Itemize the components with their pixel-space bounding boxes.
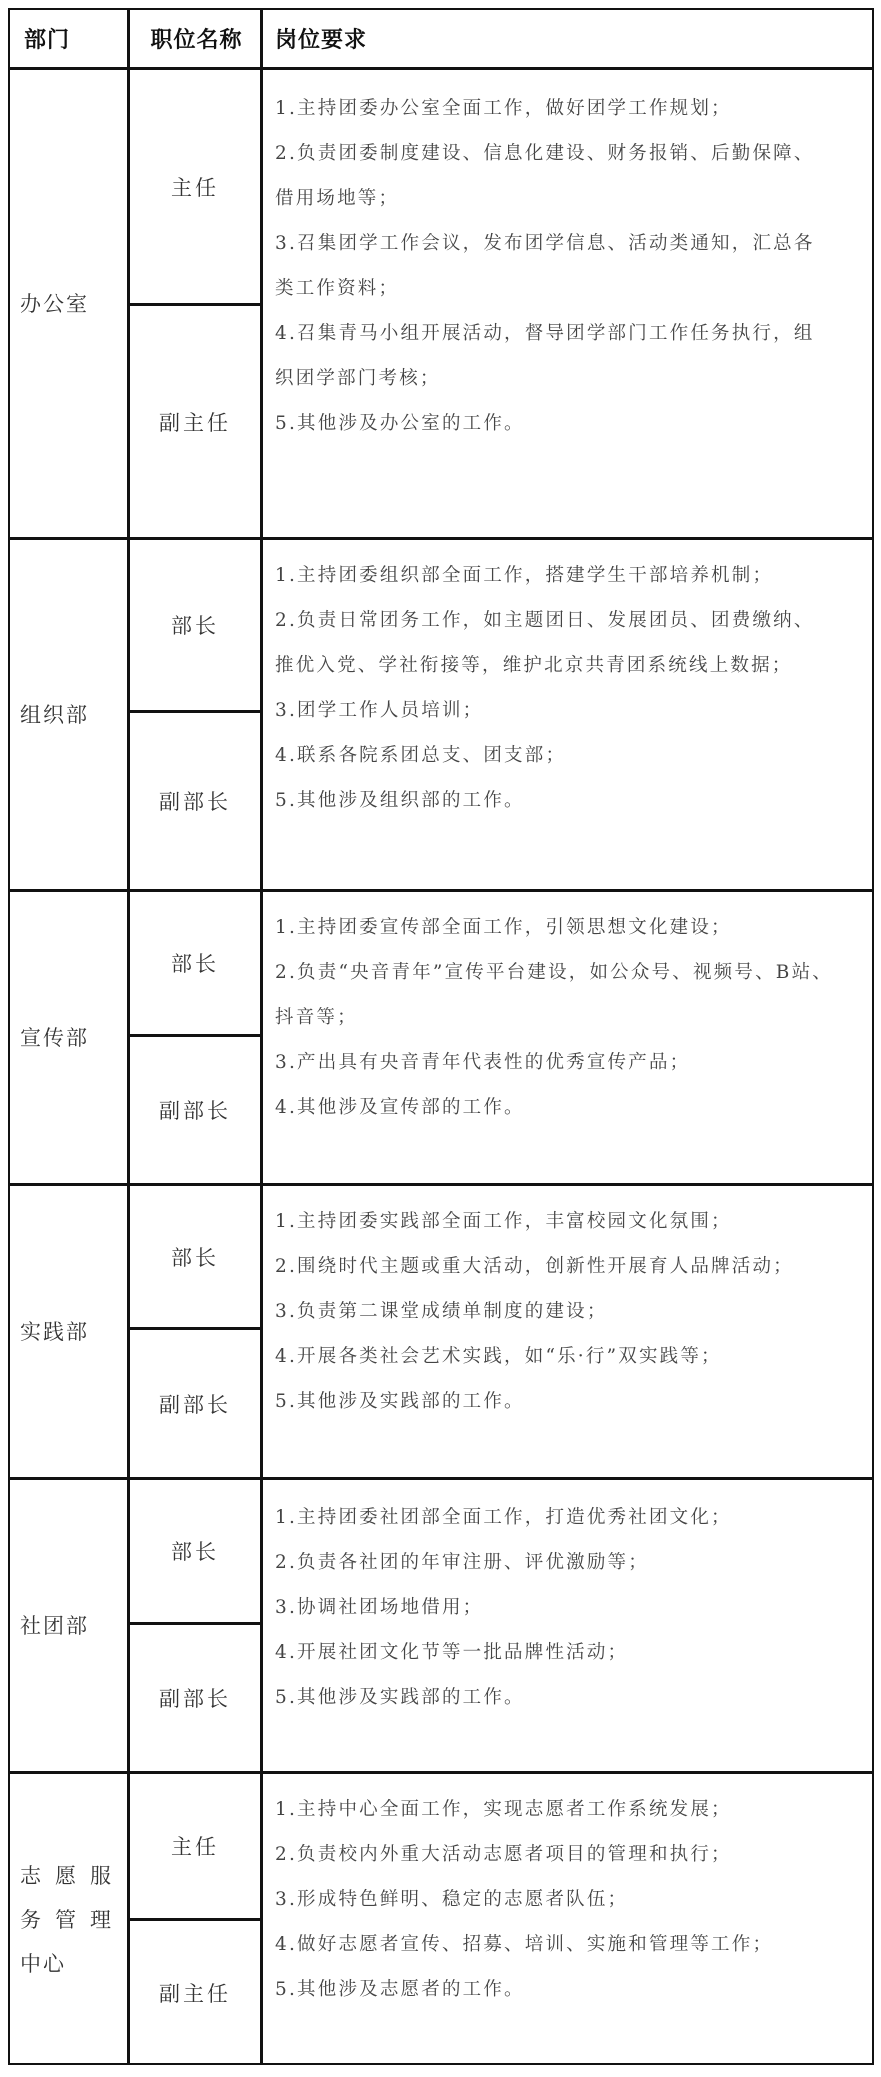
requirement-line: 5.其他涉及办公室的工作。	[275, 401, 862, 446]
department-publicity: 宣传部	[10, 892, 127, 1183]
position-head: 部长	[130, 892, 260, 1034]
requirement-line: 3.团学工作人员培训；	[275, 688, 862, 733]
requirements-clubs: 1.主持团委社团部全面工作，打造优秀社团文化； 2.负责各社团的年审注册、评优激…	[263, 1495, 872, 1720]
requirements-practice: 1.主持团委实践部全面工作，丰富校园文化氛围； 2.围绕时代主题或重大活动，创新…	[263, 1199, 872, 1424]
requirement-line: 4.召集青马小组开展活动，督导团学部门工作任务执行，组	[275, 311, 862, 356]
requirement-line: 5.其他涉及实践部的工作。	[275, 1379, 862, 1424]
position-requirements-table: 部门 职位名称 岗位要求 办公室 主任 副主任 1.主持团委办公室全面工作，做好…	[8, 8, 874, 2065]
requirement-line: 推优入党、学社衔接等，维护北京共青团系统线上数据；	[275, 643, 862, 688]
requirement-line: 5.其他涉及组织部的工作。	[275, 778, 862, 823]
requirement-line: 5.其他涉及实践部的工作。	[275, 1675, 862, 1720]
requirement-line: 4.其他涉及宣传部的工作。	[275, 1085, 862, 1130]
position-deputy-director: 副主任	[130, 1921, 260, 2065]
requirement-line: 1.主持团委宣传部全面工作，引领思想文化建设；	[275, 905, 862, 950]
position-director: 主任	[130, 70, 260, 303]
requirement-line: 3.召集团学工作会议，发布团学信息、活动类通知，汇总各	[275, 221, 862, 266]
department-volunteer-center: 志愿服 务管理 中心	[10, 1774, 127, 2065]
position-deputy-head: 副部长	[130, 1330, 260, 1477]
requirement-line: 2.负责团委制度建设、信息化建设、财务报销、后勤保障、	[275, 131, 862, 176]
header-department: 部门	[10, 10, 128, 67]
position-head: 部长	[130, 1480, 260, 1622]
requirement-line: 4.做好志愿者宣传、招募、培训、实施和管理等工作；	[275, 1922, 862, 1967]
requirement-line: 织团学部门考核；	[275, 356, 862, 401]
requirement-line: 3.负责第二课堂成绩单制度的建设；	[275, 1289, 862, 1334]
requirement-line: 3.协调社团场地借用；	[275, 1585, 862, 1630]
department-practice: 实践部	[10, 1186, 127, 1477]
department-name-line: 务管理	[20, 1898, 125, 1942]
requirement-line: 抖音等；	[275, 995, 862, 1040]
requirement-line: 1.主持团委办公室全面工作，做好团学工作规划；	[275, 86, 862, 131]
requirement-line: 3.产出具有央音青年代表性的优秀宣传产品；	[275, 1040, 862, 1085]
requirement-line: 3.形成特色鲜明、稳定的志愿者队伍；	[275, 1877, 862, 1922]
header-position: 职位名称	[130, 10, 263, 67]
requirement-line: 借用场地等；	[275, 176, 862, 221]
department-name-line: 志愿服	[20, 1854, 125, 1898]
requirement-line: 类工作资料；	[275, 266, 862, 311]
department-name-line: 中心	[20, 1942, 66, 1986]
requirement-line: 4.开展各类社会艺术实践，如“乐·行”双实践等；	[275, 1334, 862, 1379]
department-office: 办公室	[10, 70, 127, 537]
requirements-volunteer-center: 1.主持中心全面工作，实现志愿者工作系统发展； 2.负责校内外重大活动志愿者项目…	[263, 1787, 872, 2012]
requirement-line: 2.负责校内外重大活动志愿者项目的管理和执行；	[275, 1832, 862, 1877]
header-requirements: 岗位要求	[263, 10, 863, 67]
requirements-office: 1.主持团委办公室全面工作，做好团学工作规划； 2.负责团委制度建设、信息化建设…	[263, 86, 872, 446]
position-deputy-director: 副主任	[130, 306, 260, 537]
requirement-line: 1.主持团委组织部全面工作，搭建学生干部培养机制；	[275, 553, 862, 598]
position-head: 部长	[130, 1186, 260, 1327]
requirement-line: 1.主持团委社团部全面工作，打造优秀社团文化；	[275, 1495, 862, 1540]
requirement-line: 2.负责“央音青年”宣传平台建设，如公众号、视频号、B站、	[275, 950, 862, 995]
requirement-line: 5.其他涉及志愿者的工作。	[275, 1967, 862, 2012]
requirements-organization: 1.主持团委组织部全面工作，搭建学生干部培养机制； 2.负责日常团务工作，如主题…	[263, 553, 872, 823]
requirement-line: 4.开展社团文化节等一批品牌性活动；	[275, 1630, 862, 1675]
requirement-line: 2.负责各社团的年审注册、评优激励等；	[275, 1540, 862, 1585]
requirement-line: 1.主持团委实践部全面工作，丰富校园文化氛围；	[275, 1199, 862, 1244]
department-organization: 组织部	[10, 540, 127, 889]
requirements-publicity: 1.主持团委宣传部全面工作，引领思想文化建设； 2.负责“央音青年”宣传平台建设…	[263, 905, 872, 1130]
position-head: 部长	[130, 540, 260, 710]
department-clubs: 社团部	[10, 1480, 127, 1771]
requirement-line: 4.联系各院系团总支、团支部；	[275, 733, 862, 778]
position-deputy-head: 副部长	[130, 1037, 260, 1183]
position-deputy-head: 副部长	[130, 713, 260, 889]
position-deputy-head: 副部长	[130, 1625, 260, 1771]
position-director: 主任	[130, 1774, 260, 1918]
requirement-line: 2.围绕时代主题或重大活动，创新性开展育人品牌活动；	[275, 1244, 862, 1289]
requirement-line: 1.主持中心全面工作，实现志愿者工作系统发展；	[275, 1787, 862, 1832]
requirement-line: 2.负责日常团务工作，如主题团日、发展团员、团费缴纳、	[275, 598, 862, 643]
